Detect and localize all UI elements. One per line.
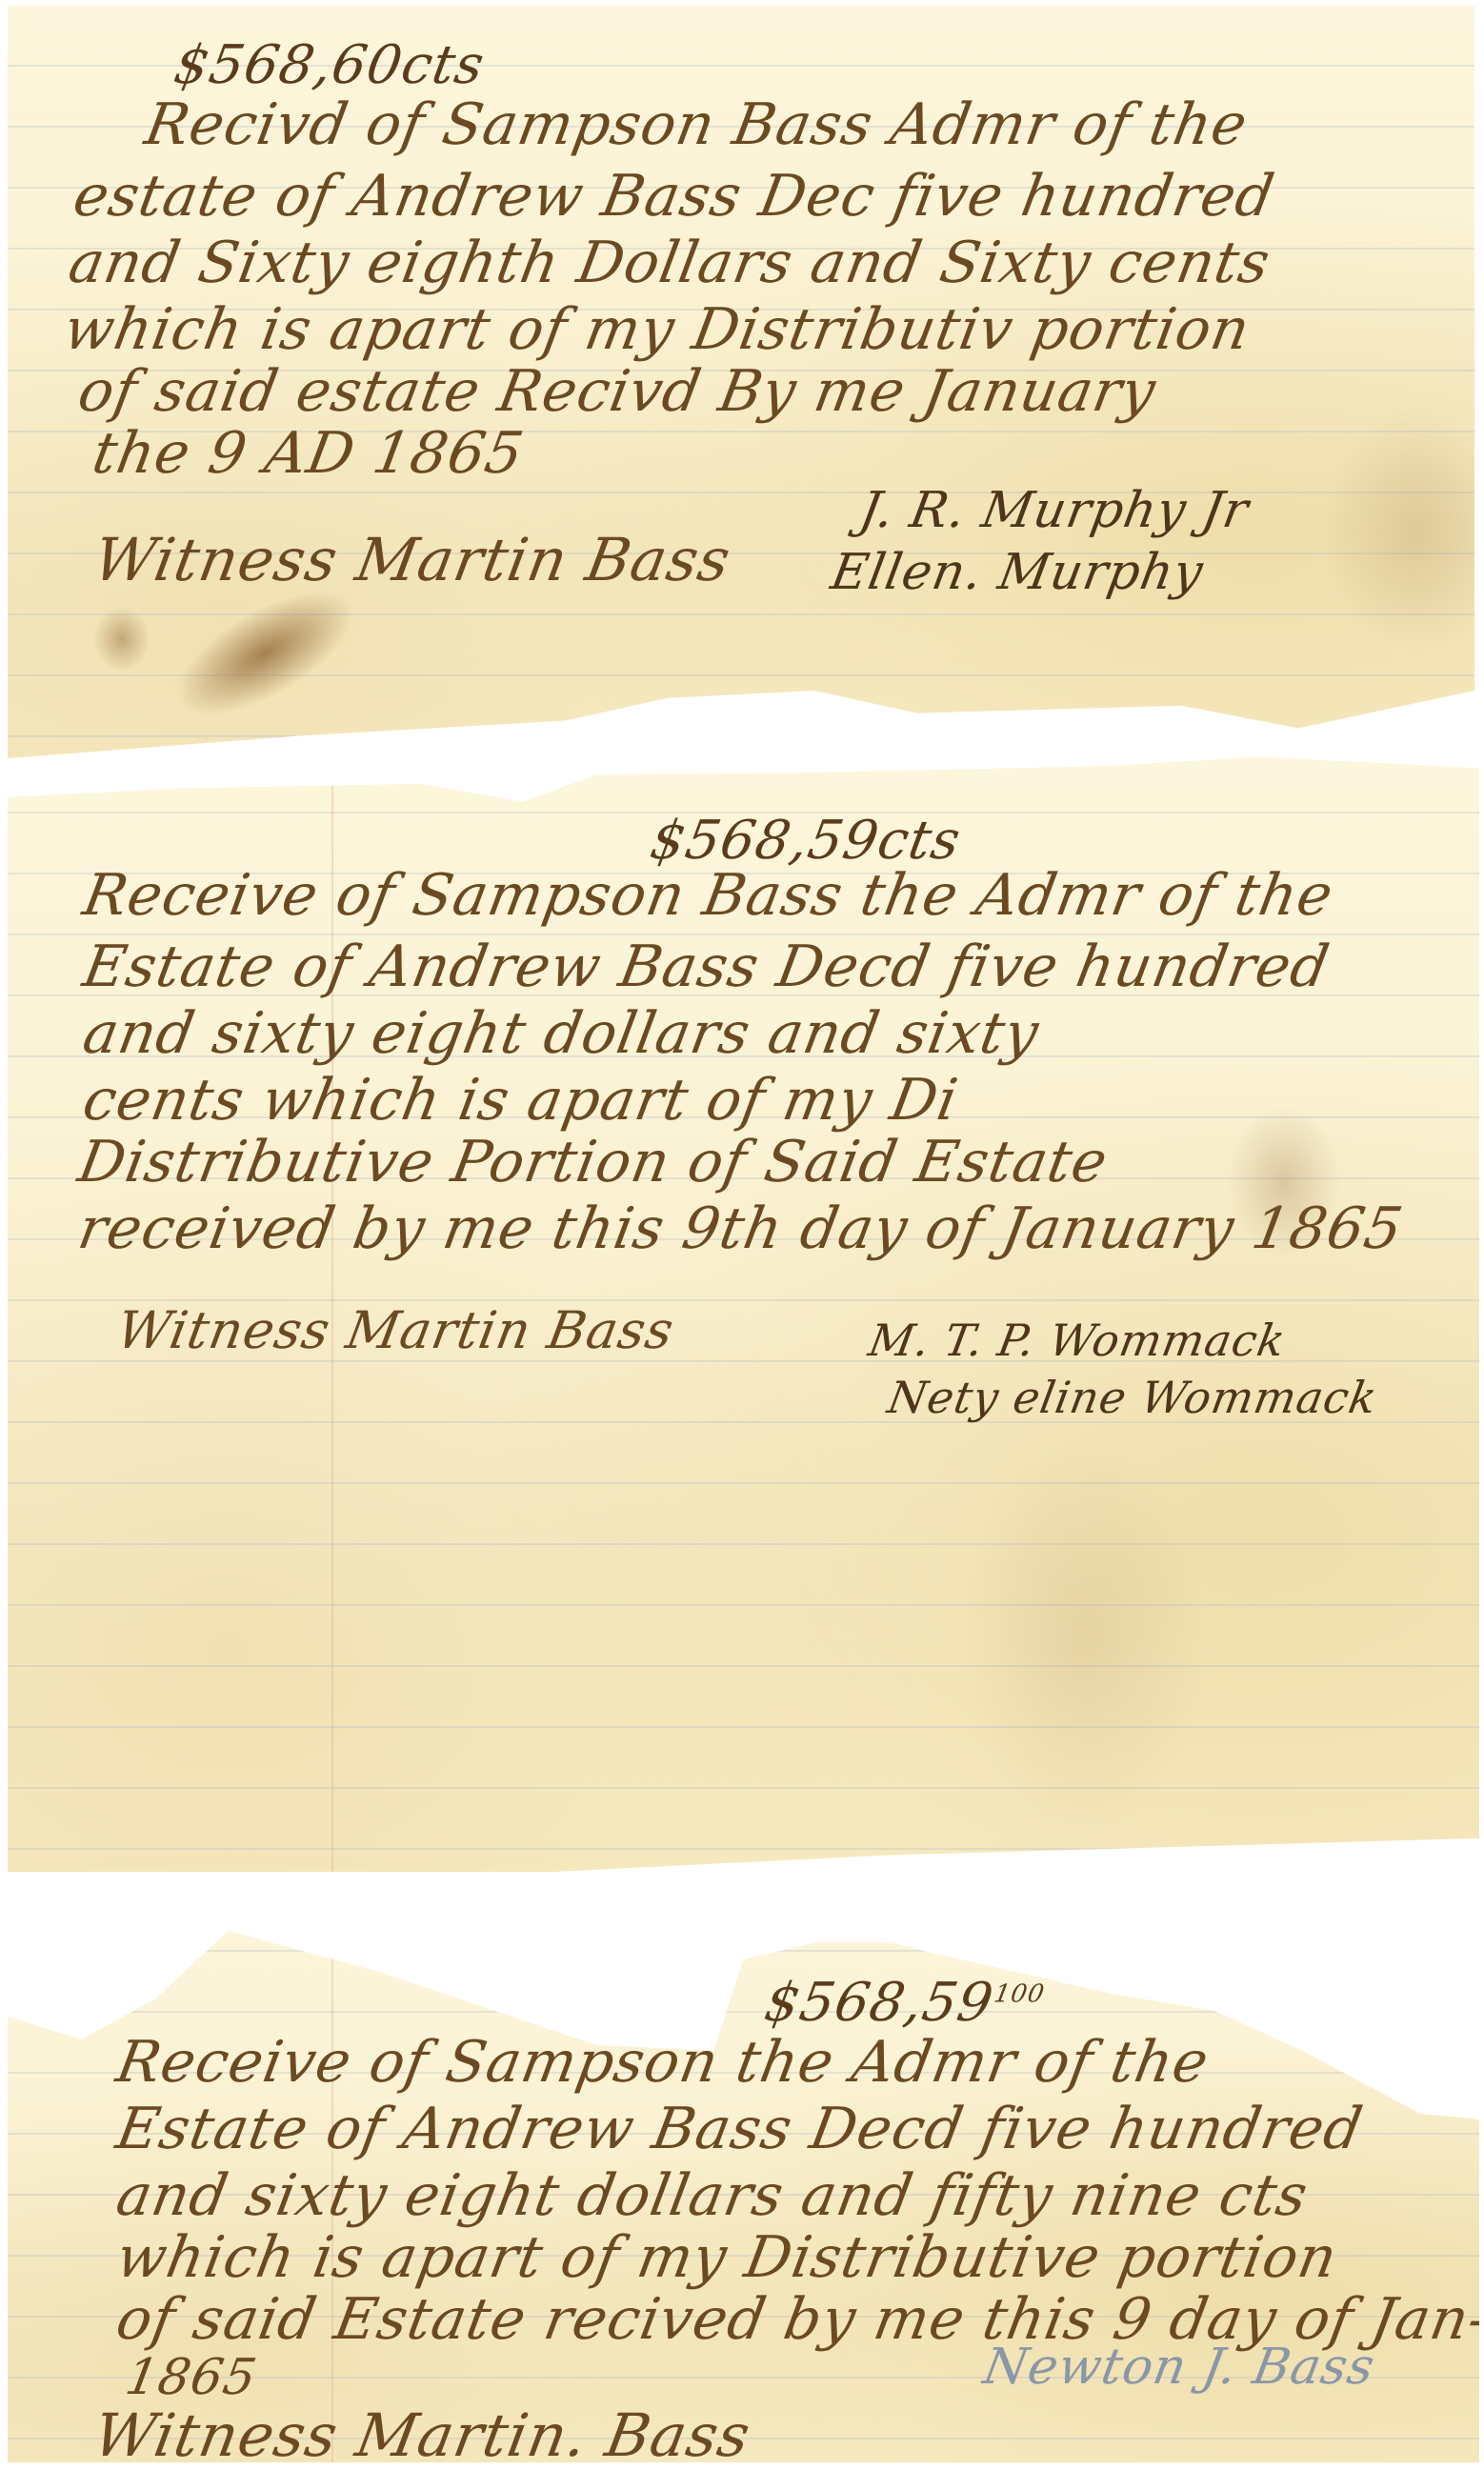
receipt-3-line-3: and sixty eight dollars and fifty nine c… [112,2167,1313,2224]
receipt-2-signature-1: M. T. P. Wommack [865,1315,1290,1366]
receipt-2-line-3: and sixty eight dollars and sixty [79,1005,1043,1062]
receipt-1-signature-1: J. R. Murphy Jr [855,482,1253,539]
receipt-2-witness: Witness Martin Bass [112,1300,678,1360]
water-stain [1227,1105,1341,1257]
receipt-1-witness: Witness Martin Bass [89,525,736,594]
receipt-3-line-2: Estate of Andrew Bass Decd five hundred [112,2100,1367,2158]
receipt-2-line-2: Estate of Andrew Bass Decd five hundred [79,938,1334,995]
receipt-2-line-5: Distributive Portion of Said Estate [74,1134,1112,1191]
receipt-3-line-4: which is apart of my Distributive portio… [112,2229,1341,2286]
receipt-1-line-3: and Sixty eighth Dollars and Sixty cents [65,234,1274,291]
receipt-3-witness: Witness Martin. Bass [89,2400,756,2470]
receipt-1-line-1: Recivd of Sampson Bass Admr of the [141,96,1252,153]
receipt-2-line-1: Receive of Sampson Bass the Admr of the [79,867,1337,924]
receipt-2-line-6: received by me this 9th day of January 1… [74,1200,1407,1257]
ink-spot [93,606,150,673]
receipt-slip-1: $568,60cts Recivd of Sampson Bass Admr o… [8,6,1474,758]
receipt-1-amount: $568,60cts [170,34,490,96]
receipt-3-line-6: 1865 [122,2353,261,2402]
receipt-1-line-4: which is apart of my Distributiv portion [60,301,1254,358]
receipt-3-signature-1: Newton J. Bass [979,2339,1379,2396]
amount-value: $568,59 [760,1972,998,2034]
receipt-2-line-4: cents which is apart of my Di [79,1072,962,1129]
amount-fraction: 100 [992,1979,1047,2008]
receipt-1-line-5: of said estate Recivd By me January [74,363,1160,420]
receipt-slip-2: $568,59cts Receive of Sampson Bass the A… [8,753,1479,1872]
receipt-2-signature-2: Nety eline Wommack [884,1372,1381,1423]
receipt-1-line-2: estate of Andrew Bass Dec five hundred [70,168,1278,225]
water-stain [1322,406,1484,653]
water-stain [960,1438,1208,1838]
receipt-3-amount: $568,59100 [760,1972,1049,2034]
receipt-3-line-1: Receive of Sampson the Admr of the [112,2034,1213,2091]
receipt-1-signature-2: Ellen. Murphy [827,544,1208,601]
receipt-1-line-6: the 9 AD 1865 [89,425,528,482]
receipt-slip-3: $568,59100 Receive of Sampson the Admr o… [8,1891,1479,2462]
